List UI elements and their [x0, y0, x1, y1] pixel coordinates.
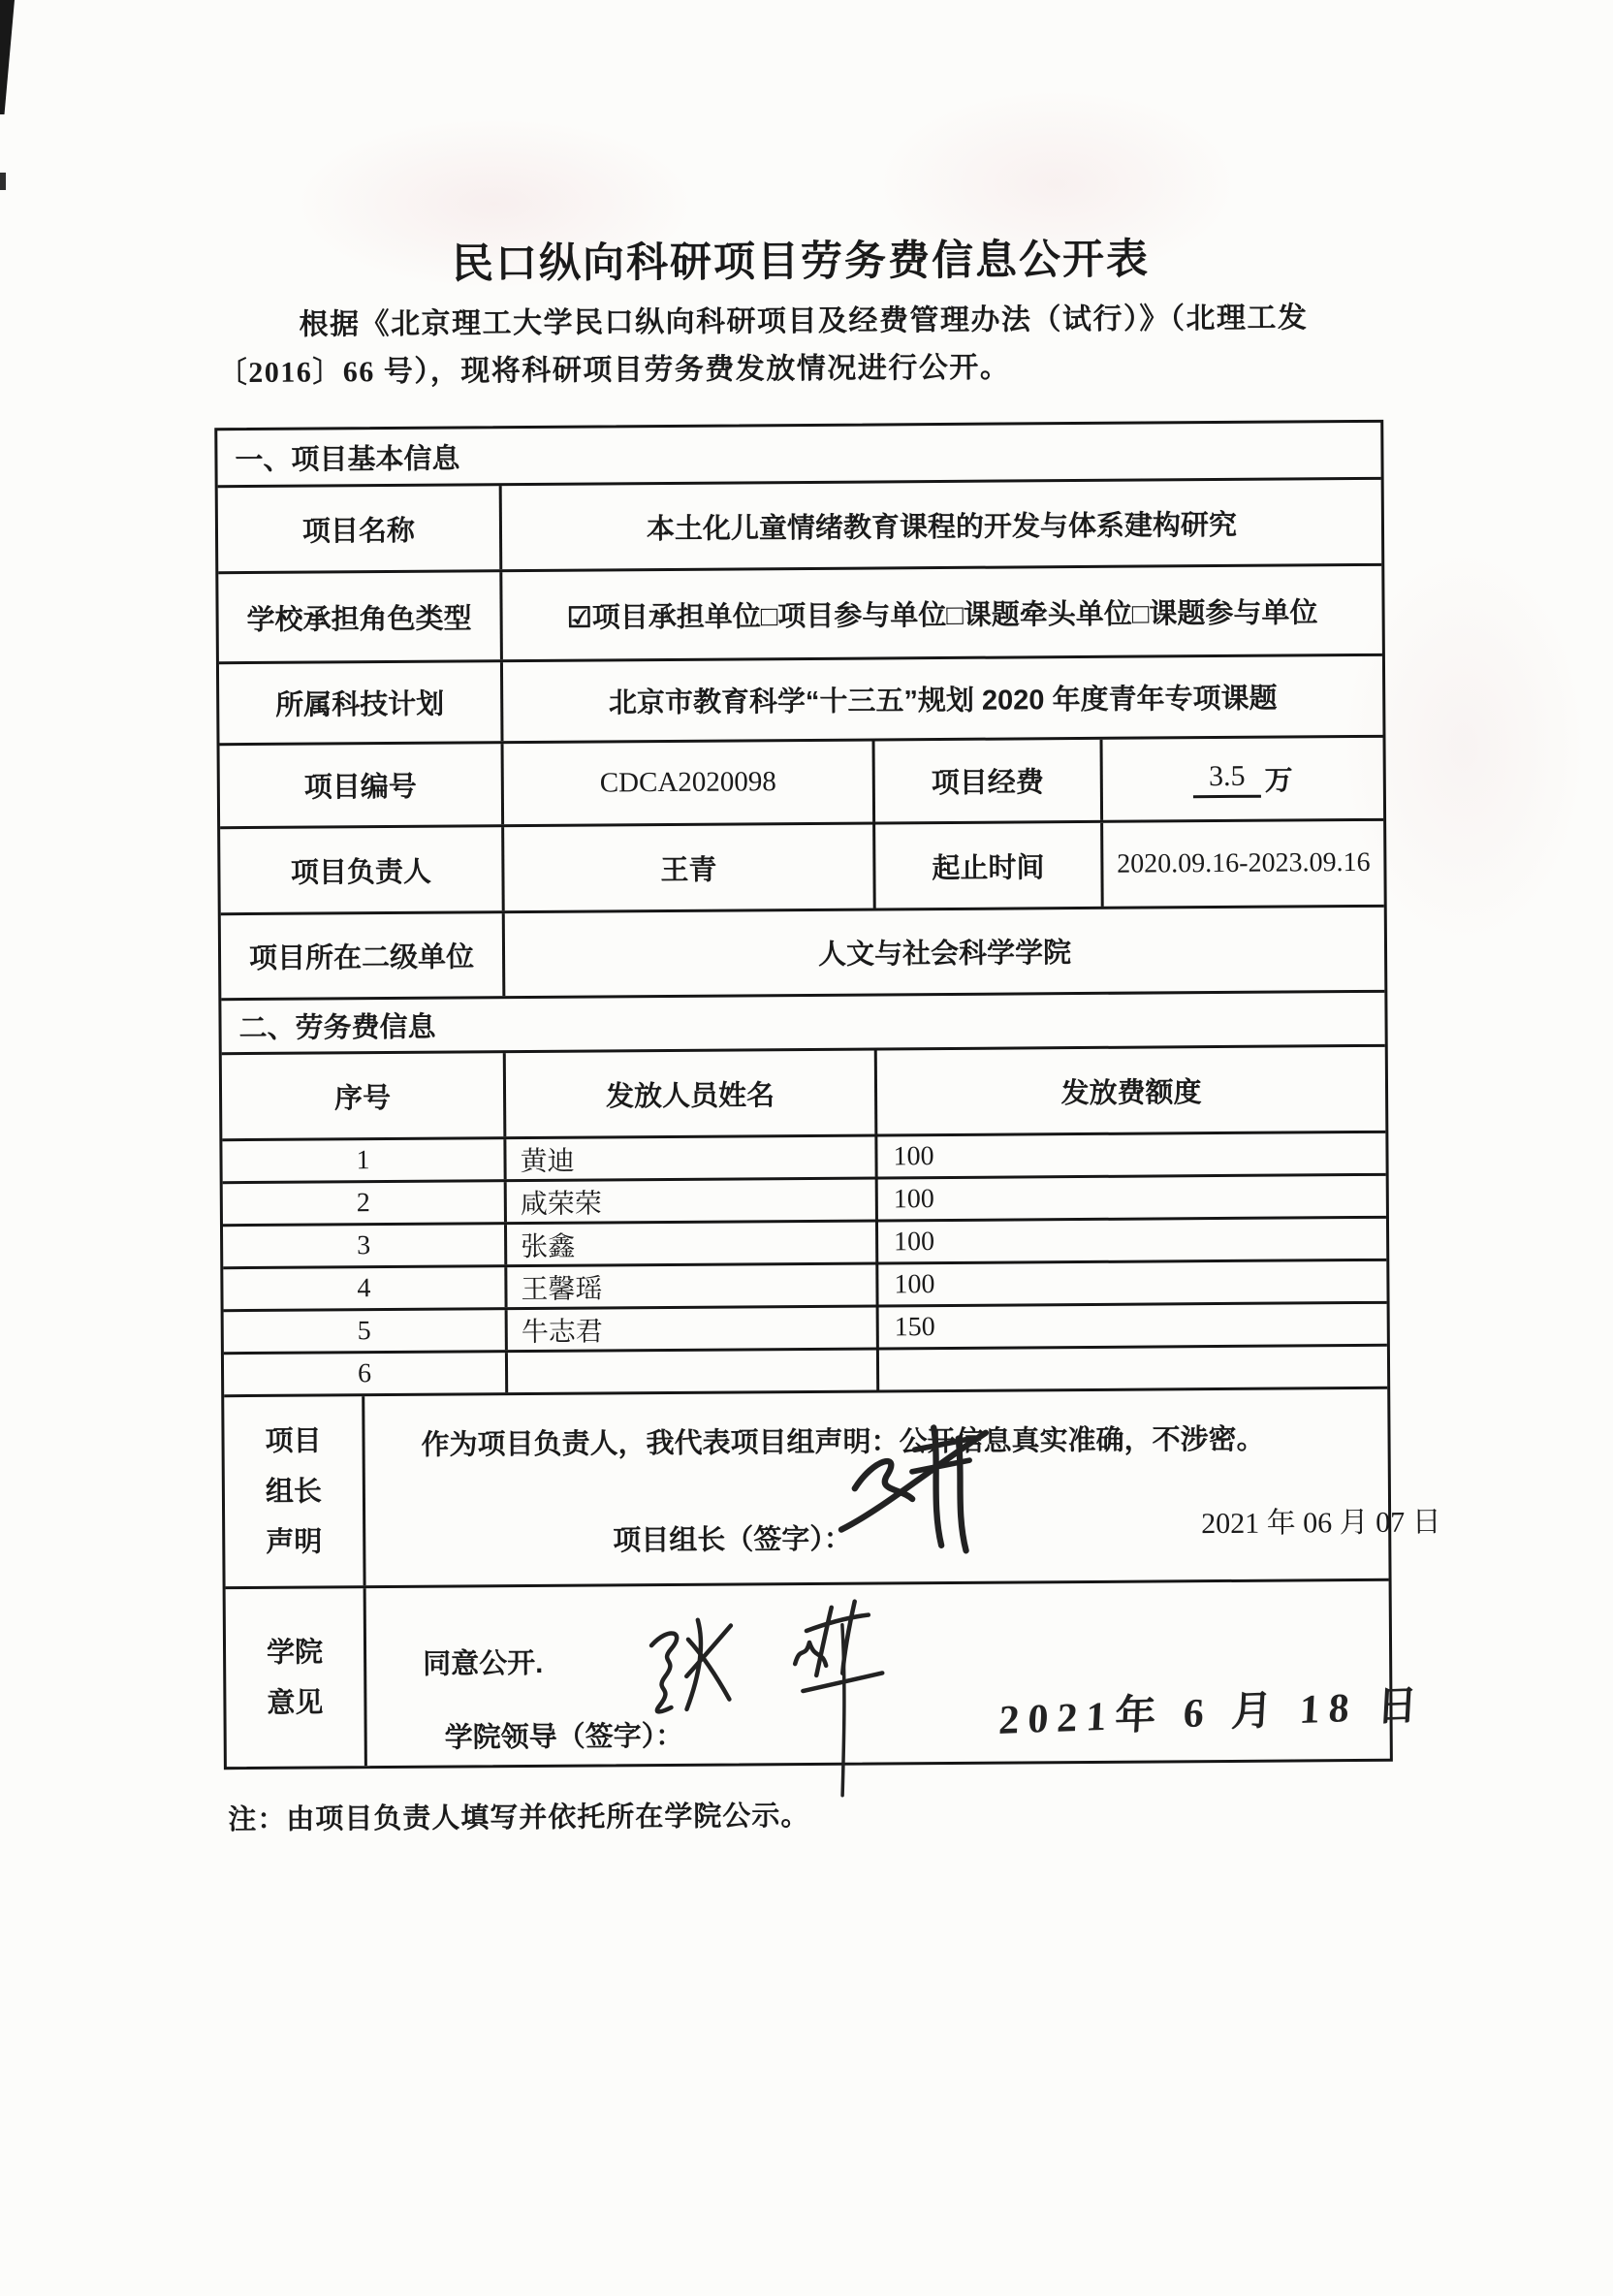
row-name: 王馨瑶 [504, 1264, 875, 1307]
intro-line-1: 根据《北京理工大学民口纵向科研项目及经费管理办法（试行）》（北理工发 [299, 293, 1308, 342]
row-name [505, 1350, 876, 1392]
program-row: 所属科技计划 北京市教育科学“十三五”规划 2020 年度青年专项课题 [219, 654, 1383, 743]
section2-header-row: 二、劳务费信息 [221, 990, 1384, 1052]
college-opinion-label: 学院 意见 [226, 1588, 364, 1767]
project-name-value: 本土化儿童情绪教育课程的开发与体系建构研究 [499, 480, 1382, 569]
section1-header-row: 一、项目基本信息 [217, 423, 1380, 485]
unit-value: 人文与社会科学学院 [502, 908, 1385, 996]
dean-sign-label: 学院领导（签字）： [445, 1714, 684, 1756]
footnote: 注：由项目负责人填写并依托所在学院公示。 [228, 1794, 809, 1837]
budget-label: 项目经费 [872, 740, 1101, 822]
section1-header: 一、项目基本信息 [217, 423, 1380, 485]
leader-declaration-row: 项目 组长 声明 作为项目负责人，我代表项目组声明：公开信息真实准确，不涉密。 … [224, 1387, 1388, 1586]
role-type-options: ☑项目承担单位□项目参与单位□课题牵头单位□课题参与单位 [499, 566, 1382, 659]
approval-text: 同意公开. [423, 1642, 543, 1682]
unit-row: 项目所在二级单位 人文与社会科学学院 [221, 905, 1385, 998]
project-name-row: 项目名称 本土化儿童情绪教育课程的开发与体系建构研究 [218, 477, 1382, 571]
duration-value: 2020.09.16-2023.09.16 [1100, 821, 1384, 907]
row-amount: 100 [875, 1219, 1386, 1262]
scanned-form-page: 民口纵向科研项目劳务费信息公开表 根据《北京理工大学民口纵向科研项目及经费管理办… [0, 0, 1613, 2296]
project-name-label: 项目名称 [218, 486, 500, 571]
role-type-row: 学校承担角色类型 ☑项目承担单位□项目参与单位□课题牵头单位□课题参与单位 [218, 563, 1382, 661]
leader-value: 王青 [501, 825, 873, 911]
row-name: 咸荣荣 [504, 1179, 875, 1222]
col-header-name: 发放人员姓名 [503, 1050, 875, 1136]
row-amount: 100 [875, 1176, 1386, 1220]
row-amount [876, 1347, 1387, 1390]
program-value: 北京市教育科学“十三五”规划 2020 年度青年专项课题 [500, 656, 1383, 741]
declaration-date: 2021 年 06 月 07 日 [1201, 1497, 1441, 1542]
duration-label: 起止时间 [872, 823, 1101, 909]
leader-label: 项目负责人 [220, 827, 502, 912]
row-no: 1 [222, 1139, 503, 1181]
table-row: 4 王馨瑶 100 [223, 1259, 1386, 1309]
row-no: 2 [223, 1182, 504, 1224]
table-row: 5 牛志君 150 [224, 1301, 1387, 1352]
labor-fee-column-header-row: 序号 发放人员姓名 发放费额度 [222, 1044, 1386, 1138]
row-no: 4 [223, 1267, 504, 1309]
program-label: 所属科技计划 [219, 662, 501, 743]
college-opinion-content: 同意公开. 学院领导（签字）： [364, 1581, 1390, 1766]
col-header-amount: 发放费额度 [874, 1047, 1386, 1134]
row-amount: 100 [875, 1261, 1386, 1305]
row-no: 3 [223, 1225, 504, 1266]
project-number-label: 项目编号 [220, 744, 502, 826]
row-no: 5 [224, 1310, 505, 1352]
leader-declaration-content: 作为项目负责人，我代表项目组声明：公开信息真实准确，不涉密。 项目组长（签字）：… [362, 1389, 1388, 1585]
section2-header: 二、劳务费信息 [221, 993, 1384, 1052]
table-row: 3 张鑫 100 [223, 1216, 1386, 1266]
page-title: 民口纵向科研项目劳务费信息公开表 [0, 223, 1607, 294]
budget-unit: 万 [1264, 758, 1292, 798]
row-name: 黄迪 [503, 1136, 874, 1179]
unit-label: 项目所在二级单位 [221, 913, 503, 998]
project-number-row: 项目编号 CDCA2020098 项目经费 3.5 万 [220, 735, 1384, 826]
budget-value-cell: 3.5 万 [1100, 738, 1384, 820]
row-amount: 100 [874, 1133, 1385, 1177]
college-opinion-row: 学院 意见 同意公开. 学院领导（签字）： [226, 1578, 1390, 1767]
form-table: 一、项目基本信息 项目名称 本土化儿童情绪教育课程的开发与体系建构研究 学校承担… [214, 420, 1393, 1770]
table-row: 2 咸荣荣 100 [223, 1173, 1386, 1224]
table-row: 6 [224, 1344, 1387, 1394]
row-name: 牛志君 [505, 1307, 876, 1350]
leader-sign-label: 项目组长（签字）： [613, 1517, 852, 1559]
row-amount: 150 [876, 1304, 1387, 1348]
col-header-no: 序号 [222, 1053, 504, 1138]
declaration-statement: 作为项目负责人，我代表项目组声明：公开信息真实准确，不涉密。 [421, 1418, 1264, 1463]
project-number-value: CDCA2020098 [501, 742, 873, 825]
role-type-label: 学校承担角色类型 [218, 572, 500, 661]
document-content: 民口纵向科研项目劳务费信息公开表 根据《北京理工大学民口纵向科研项目及经费管理办… [0, 0, 1613, 2296]
leader-declaration-label: 项目 组长 声明 [224, 1396, 363, 1586]
row-no: 6 [224, 1353, 505, 1394]
row-name: 张鑫 [504, 1222, 875, 1264]
intro-line-2: 〔2016〕66 号），现将科研项目劳务费发放情况进行公开。 [218, 343, 1011, 392]
table-row: 1 黄迪 100 [222, 1131, 1385, 1181]
leader-row: 项目负责人 王青 起止时间 2020.09.16-2023.09.16 [220, 818, 1384, 912]
budget-amount: 3.5 [1193, 760, 1261, 798]
